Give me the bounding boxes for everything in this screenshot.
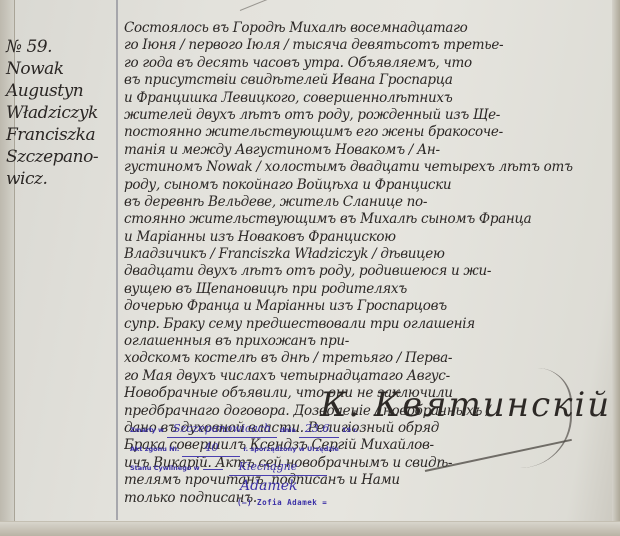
body-line: го Іюня / первого Іюля / тысяча девятьсо…: [124, 37, 604, 54]
margin-line: Augustyn: [6, 80, 114, 102]
body-line: Владзичикъ / Franciszka Władziczyk / дѣв…: [124, 246, 604, 263]
body-line: двадцати двухъ лѣтъ отъ роду, родившеюся…: [124, 263, 604, 280]
stamp-row-registry-office: Stanu Cywilnego w Kiecnągne: [130, 458, 358, 477]
official-signature: К. Квятинскій: [320, 385, 611, 425]
death-annotation-stamp: Zmarły w Szczepanowicach dnia 23.6. 19 r…: [130, 420, 358, 477]
stamp-label: Zmarły w: [130, 422, 164, 439]
body-line: супр. Браку сему предшествовали три огла…: [124, 316, 604, 333]
body-line: и Францишка Левицкого, совершеннолѣтнихъ: [124, 90, 604, 107]
stamp-official-name: (—) Zofia Adamek =: [237, 498, 327, 507]
body-line: роду, сыномъ покойнаго Войцѣха и Францис…: [124, 177, 604, 194]
body-line: въ присутствіи свидѣтелей Ивана Гроспарц…: [124, 72, 604, 89]
body-line: вущею въ Щепановицѣ при родителяхъ: [124, 281, 604, 298]
stamp-place: Szczepanowicach: [167, 420, 277, 438]
margin-line: Franciszka: [6, 124, 114, 146]
body-line: го года въ десять часовъ утра. Объявляем…: [124, 55, 604, 72]
document-page: № 59. Nowak Augustyn Władziczyk Francisz…: [0, 0, 620, 536]
body-line: постоянно жительствующимъ его жены брако…: [124, 124, 604, 141]
body-line: Состоялось въ Городѣ Михалѣ восемнадцата…: [124, 20, 604, 37]
page-bottom-edge: [0, 521, 620, 536]
stamp-act-number: 40: [182, 439, 240, 457]
stamp-row-death-place: Zmarły w Szczepanowicach dnia 23.6. 19 r…: [130, 420, 358, 439]
stamp-row-act-number: Akt zgonu Nr. 40 r. sporządzony w Urzędz…: [130, 439, 358, 458]
stamp-handwritten-signature: Adamek: [240, 478, 297, 494]
stamp-label: dnia: [280, 422, 296, 439]
body-line: оглашенныя въ прихожанъ при-: [124, 333, 604, 350]
body-line: стоянно жительствующимъ въ Михалѣ сыномъ…: [124, 211, 604, 228]
margin-line: wicz.: [6, 168, 114, 190]
stray-pen-stroke: [240, 0, 352, 11]
body-line: жителей двухъ лѣтъ отъ роду, рожденный и…: [124, 107, 604, 124]
stamp-date: 23.6.: [299, 420, 339, 438]
margin-line: Szczepano-: [6, 146, 114, 168]
body-line: и Маріанны изъ Новаковъ Францискою: [124, 229, 604, 246]
margin-line: Nowak: [6, 58, 114, 80]
body-line: дочерью Франца и Маріанны изъ Гроспарцов…: [124, 298, 604, 315]
body-line: танія и между Августиномъ Новакомъ / Ан-: [124, 142, 604, 159]
margin-line: Władziczyk: [6, 102, 114, 124]
body-line: густиномъ Nowak / холостымъ двадцати чет…: [124, 159, 604, 176]
stamp-registry-place: Kiecnągne: [229, 458, 328, 476]
body-line: въ деревнѣ Вельдеве, житель Сланице по-: [124, 194, 604, 211]
stamp-label: Stanu Cywilnego w: [130, 460, 200, 477]
body-line: ходскомъ костелѣ въ днѣ / третьяго / Пер…: [124, 350, 604, 367]
stamp-label: r. sporządzony w Urzędzie: [243, 441, 338, 458]
margin-annotation: № 59. Nowak Augustyn Władziczyk Francisz…: [6, 36, 114, 190]
stamp-label: Akt zgonu Nr.: [130, 441, 179, 458]
stamp-year: 19 r.: [342, 422, 358, 439]
page-right-edge: [612, 0, 620, 536]
stamp-blank-line: [203, 469, 223, 470]
entry-number: № 59.: [6, 36, 114, 58]
body-line: только подписанъ.: [124, 490, 604, 507]
margin-rule-line: [116, 0, 118, 520]
